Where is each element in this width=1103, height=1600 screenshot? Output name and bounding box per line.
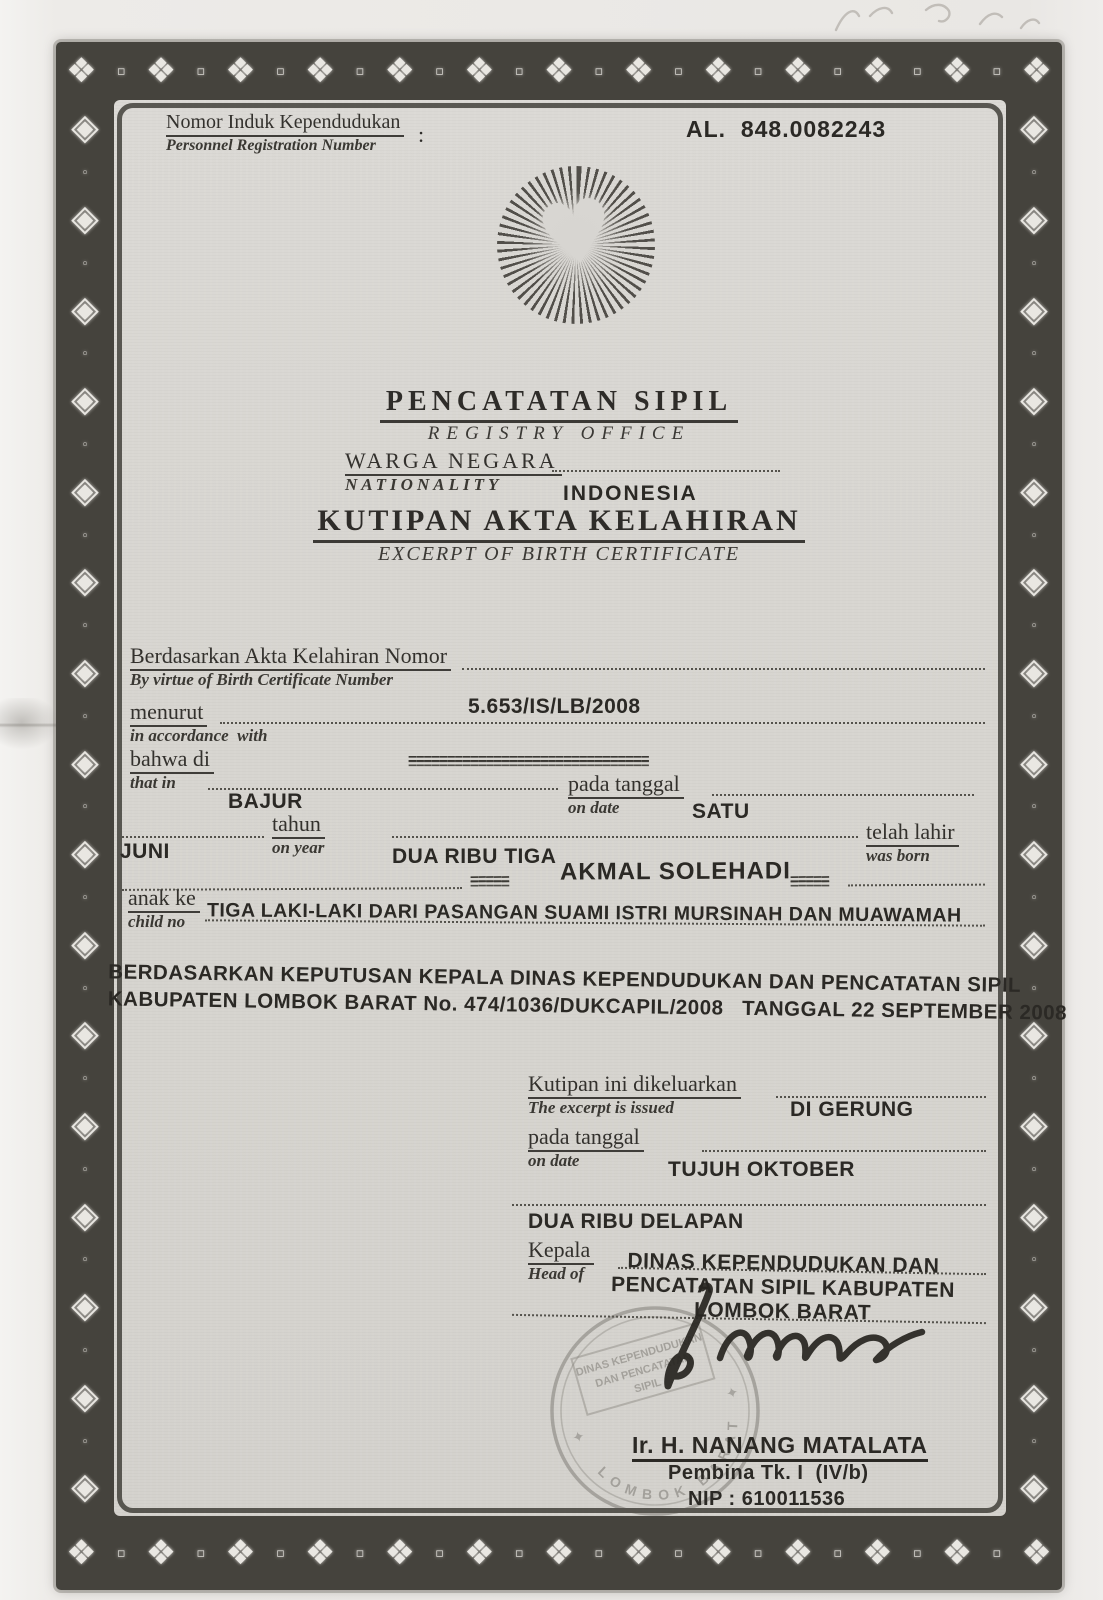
- border-ornament-dot-icon: ◦: [1030, 1254, 1038, 1267]
- border-ornament-icon: ❖: [464, 1536, 494, 1570]
- border-ornament-dot-icon: ▫: [913, 1547, 922, 1560]
- border-ornament-dot-icon: ▫: [674, 1547, 683, 1560]
- signer-nip: NIP : 610011536: [688, 1488, 845, 1511]
- excerpt-title-block: KUTIPAN AKTA KELAHIRAN EXCERPT OF BIRTH …: [114, 504, 1004, 566]
- border-ornament-icon: ◈: [71, 110, 99, 146]
- issue-date-label-en: on date: [528, 1152, 579, 1171]
- border-ornament-dot-icon: ◦: [81, 348, 89, 361]
- border-ornament-icon: ❖: [385, 54, 415, 88]
- bahwa-label-en: that in: [130, 774, 176, 793]
- year-dotted-line: [392, 836, 858, 838]
- border-ornament-dot-icon: ▫: [913, 65, 922, 78]
- border-ornament-icon: ❖: [623, 1536, 653, 1570]
- tanggal-label-block: pada tanggal on date: [568, 772, 684, 818]
- registry-title-en: REGISTRY OFFICE: [428, 423, 690, 444]
- border-ornament-icon: ❖: [1021, 54, 1051, 88]
- certificate-number: 5.653/IS/LB/2008: [468, 695, 641, 719]
- border-ornament-icon: ◈: [71, 1379, 99, 1415]
- name-affix-left: =====: [470, 872, 509, 887]
- border-ornament-dot-icon: ◦: [81, 258, 89, 271]
- border-ornament-dot-icon: ▫: [992, 1547, 1001, 1560]
- border-ornament-dot-icon: ◦: [81, 983, 89, 996]
- border-ornament-dot-icon: ▫: [356, 1547, 365, 1560]
- border-left: ◈◦◈◦◈◦◈◦◈◦◈◦◈◦◈◦◈◦◈◦◈◦◈◦◈◦◈◦◈◦◈: [56, 100, 114, 1516]
- signature: [616, 1282, 926, 1402]
- border-ornament-dot-icon: ◦: [81, 1073, 89, 1086]
- stamp-star-left: ✦: [570, 1427, 587, 1448]
- border-ornament-icon: ◈: [1020, 745, 1048, 781]
- border-ornament-icon: ◈: [71, 745, 99, 781]
- border-ornament-icon: ◈: [1020, 1469, 1048, 1505]
- tahun-label-block: tahun on year: [272, 812, 325, 858]
- border-ornament-icon: ◈: [1020, 382, 1048, 418]
- border-ornament-icon: ◈: [1020, 563, 1048, 599]
- border-ornament-dot-icon: ▫: [754, 1547, 763, 1560]
- tanggal-label-id: pada tanggal: [568, 772, 684, 799]
- border-ornament-dot-icon: ◦: [81, 1164, 89, 1177]
- border-ornament-dot-icon: ◦: [1030, 892, 1038, 905]
- border-ornament-icon: ❖: [385, 1536, 415, 1570]
- issued-label-en: The excerpt is issued: [528, 1099, 674, 1118]
- tanggal-label-en: on date: [568, 799, 619, 818]
- border-ornament-icon: ◈: [71, 382, 99, 418]
- bahwa-label-block: bahwa di that in: [130, 747, 214, 793]
- issued-year-dotted-line: [512, 1204, 986, 1206]
- border-ornament-dot-icon: ◦: [1030, 348, 1038, 361]
- registry-title-id: PENCATATAN SIPIL: [380, 386, 738, 423]
- border-ornament-icon: ❖: [783, 54, 813, 88]
- anak-label-id: anak ke: [128, 886, 200, 913]
- issued-label-id: Kutipan ini dikeluarkan: [528, 1072, 741, 1099]
- border-ornament-icon: ◈: [71, 1469, 99, 1505]
- head-label-id: Kepala: [528, 1238, 594, 1265]
- bahwa-label-id: bahwa di: [130, 747, 214, 774]
- border-ornament-icon: ❖: [146, 1536, 176, 1570]
- border-ornament-dot-icon: ◦: [1030, 167, 1038, 180]
- border-ornament-dot-icon: ◦: [81, 1254, 89, 1267]
- border-ornament-dot-icon: ◦: [81, 1436, 89, 1449]
- border-ornament-dot-icon: ◦: [1030, 439, 1038, 452]
- equals-strikeout-line: ===============================: [408, 752, 649, 767]
- border-ornament-icon: ◈: [1020, 926, 1048, 962]
- border-ornament-icon: ◈: [1020, 1288, 1048, 1324]
- border-ornament-icon: ◈: [71, 1107, 99, 1143]
- border-ornament-dot-icon: ▫: [356, 65, 365, 78]
- head-label-en: Head of: [528, 1265, 584, 1284]
- paper-crease: [0, 698, 62, 752]
- border-ornament-icon: ◈: [1020, 1198, 1048, 1234]
- child-name: AKMAL SOLEHADI: [560, 857, 791, 886]
- menurut-label-en: in accordance with: [130, 727, 267, 746]
- telah-label-block: telah lahir was born: [866, 820, 959, 866]
- border-ornament-dot-icon: ◦: [1030, 1164, 1038, 1177]
- tahun-label-id: tahun: [272, 812, 325, 839]
- akta-label-block: Berdasarkan Akta Kelahiran Nomor By virt…: [130, 644, 451, 690]
- border-ornament-icon: ❖: [225, 54, 255, 88]
- border-ornament-dot-icon: ▫: [276, 1547, 285, 1560]
- border-ornament-dot-icon: ▫: [117, 65, 126, 78]
- nik-label-en: Personnel Registration Number: [166, 137, 376, 155]
- issued-day-month: TUJUH OKTOBER: [668, 1158, 855, 1182]
- issue-date-dotted-line: [702, 1150, 986, 1152]
- border-ornament-icon: ◈: [1020, 654, 1048, 690]
- border-ornament-dot-icon: ▫: [833, 1547, 842, 1560]
- border-ornament-icon: ❖: [862, 1536, 892, 1570]
- border-ornament-icon: ❖: [703, 1536, 733, 1570]
- border-ornament-dot-icon: ◦: [1030, 983, 1038, 996]
- border-ornament-dot-icon: ◦: [81, 1345, 89, 1358]
- border-ornament-icon: ❖: [783, 1536, 813, 1570]
- border-ornament-dot-icon: ▫: [594, 1547, 603, 1560]
- issued-label-block: Kutipan ini dikeluarkan The excerpt is i…: [528, 1072, 741, 1118]
- menurut-dotted-line: [220, 722, 985, 724]
- border-ornament-dot-icon: ▫: [754, 65, 763, 78]
- border-ornament-dot-icon: ▫: [435, 65, 444, 78]
- border-ornament-icon: ◈: [1020, 110, 1048, 146]
- signer-name: Ir. H. NANANG MATALATA: [632, 1432, 928, 1462]
- seal-fade: [497, 166, 655, 324]
- border-ornament-dot-icon: ▫: [276, 65, 285, 78]
- border-ornament-icon: ◈: [71, 292, 99, 328]
- border-ornament-icon: ❖: [544, 1536, 574, 1570]
- border-ornament-icon: ❖: [305, 54, 335, 88]
- nik-label-id: Nomor Induk Kependudukan: [166, 112, 404, 137]
- border-ornament-icon: ❖: [544, 54, 574, 88]
- border-top: ❖▫❖▫❖▫❖▫❖▫❖▫❖▫❖▫❖▫❖▫❖▫❖▫❖: [56, 42, 1062, 100]
- telah-label-en: was born: [866, 847, 930, 866]
- telah-label-id: telah lahir: [866, 820, 959, 847]
- border-ornament-icon: ◈: [1020, 1379, 1048, 1415]
- nationality-label-id: WARGA NEGARA: [345, 449, 562, 476]
- name-affix-right: =====: [790, 872, 829, 887]
- border-ornament-dot-icon: ▫: [515, 1547, 524, 1560]
- border-ornament-icon: ◈: [71, 926, 99, 962]
- border-ornament-icon: ❖: [146, 54, 176, 88]
- month-dotted-line: [122, 836, 264, 838]
- border-ornament-dot-icon: ◦: [81, 711, 89, 724]
- border-ornament-dot-icon: ◦: [1030, 711, 1038, 724]
- nik-colon: :: [418, 122, 424, 148]
- border-ornament-dot-icon: ◦: [1030, 258, 1038, 271]
- border-ornament-dot-icon: ▫: [992, 65, 1001, 78]
- handwriting-mark: [828, 0, 1063, 38]
- birth-day: SATU: [692, 800, 750, 824]
- border-ornament-icon: ❖: [66, 1536, 96, 1570]
- border-ornament-dot-icon: ▫: [196, 65, 205, 78]
- border-right: ◈◦◈◦◈◦◈◦◈◦◈◦◈◦◈◦◈◦◈◦◈◦◈◦◈◦◈◦◈◦◈: [1006, 100, 1062, 1516]
- anak-label-block: anak ke child no: [128, 886, 200, 932]
- border-ornament-icon: ◈: [1020, 473, 1048, 509]
- border-ornament-icon: ❖: [623, 54, 653, 88]
- head-label-block: Kepala Head of: [528, 1238, 594, 1284]
- border-ornament-icon: ◈: [1020, 201, 1048, 237]
- border-ornament-icon: ❖: [942, 54, 972, 88]
- border-ornament-icon: ❖: [225, 1536, 255, 1570]
- border-ornament-icon: ❖: [464, 54, 494, 88]
- border-ornament-dot-icon: ▫: [594, 65, 603, 78]
- border-ornament-icon: ◈: [71, 1288, 99, 1324]
- akta-label-id: Berdasarkan Akta Kelahiran Nomor: [130, 644, 451, 671]
- border-ornament-icon: ❖: [66, 54, 96, 88]
- border-ornament-icon: ◈: [1020, 292, 1048, 328]
- menurut-label-id: menurut: [130, 700, 207, 727]
- border-ornament-icon: ◈: [1020, 1107, 1048, 1143]
- nik-block: Nomor Induk Kependudukan Personnel Regis…: [166, 112, 404, 155]
- border-ornament-icon: ◈: [1020, 835, 1048, 871]
- nationality-dotted-line: [552, 470, 780, 472]
- border-ornament-dot-icon: ◦: [1030, 801, 1038, 814]
- border-ornament-dot-icon: ◦: [81, 892, 89, 905]
- border-ornament-dot-icon: ▫: [674, 65, 683, 78]
- birth-certificate-scan: ❖▫❖▫❖▫❖▫❖▫❖▫❖▫❖▫❖▫❖▫❖▫❖▫❖ ❖▫❖▫❖▫❖▫❖▫❖▫❖▫…: [0, 0, 1103, 1600]
- border-ornament-icon: ❖: [942, 1536, 972, 1570]
- nationality-block: WARGA NEGARA NATIONALITY: [345, 449, 562, 495]
- border-ornament-icon: ❖: [703, 54, 733, 88]
- border-ornament-icon: ◈: [71, 563, 99, 599]
- signer-rank: Pembina Tk. I (IV/b): [668, 1462, 869, 1485]
- border-ornament-dot-icon: ▫: [515, 65, 524, 78]
- border-ornament-dot-icon: ◦: [1030, 620, 1038, 633]
- excerpt-title-id: KUTIPAN AKTA KELAHIRAN: [313, 504, 804, 543]
- border-ornament-dot-icon: ▫: [117, 1547, 126, 1560]
- excerpt-title-en: EXCERPT OF BIRTH CERTIFICATE: [378, 543, 740, 565]
- border-ornament-dot-icon: ◦: [1030, 530, 1038, 543]
- birth-month: JUNI: [120, 840, 170, 864]
- akta-dotted-line: [462, 668, 985, 670]
- border-ornament-icon: ❖: [305, 1536, 335, 1570]
- border-ornament-icon: ◈: [71, 201, 99, 237]
- tahun-label-en: on year: [272, 839, 324, 858]
- border-ornament-dot-icon: ▫: [196, 1547, 205, 1560]
- akta-label-en: By virtue of Birth Certificate Number: [130, 671, 393, 690]
- border-ornament-dot-icon: ◦: [81, 439, 89, 452]
- birth-year: DUA RIBU TIGA: [392, 845, 556, 869]
- border-ornament-dot-icon: ◦: [81, 167, 89, 180]
- serial-number: AL. 848.0082243: [686, 116, 886, 142]
- border-bottom: ❖▫❖▫❖▫❖▫❖▫❖▫❖▫❖▫❖▫❖▫❖▫❖▫❖: [56, 1516, 1062, 1590]
- issued-year: DUA RIBU DELAPAN: [528, 1210, 744, 1234]
- issue-date-label-block: pada tanggal on date: [528, 1125, 644, 1171]
- anak-label-en: child no: [128, 913, 185, 932]
- border-ornament-icon: ❖: [862, 54, 892, 88]
- nationality-label-en: NATIONALITY: [345, 476, 502, 495]
- tanggal-dotted-line: [712, 794, 974, 796]
- border-ornament-dot-icon: ▫: [833, 65, 842, 78]
- border-ornament-dot-icon: ▫: [435, 1547, 444, 1560]
- border-ornament-dot-icon: ◦: [81, 530, 89, 543]
- border-ornament-dot-icon: ◦: [81, 801, 89, 814]
- nationality-value: INDONESIA: [563, 482, 698, 506]
- border-ornament-dot-icon: ◦: [1030, 1345, 1038, 1358]
- border-ornament-dot-icon: ◦: [1030, 1073, 1038, 1086]
- border-ornament-dot-icon: ◦: [1030, 1436, 1038, 1449]
- border-ornament-icon: ◈: [71, 473, 99, 509]
- border-ornament-icon: ◈: [71, 835, 99, 871]
- issue-date-label-id: pada tanggal: [528, 1125, 644, 1152]
- issued-place: DI GERUNG: [790, 1098, 914, 1122]
- border-ornament-icon: ◈: [71, 1198, 99, 1234]
- border-ornament-icon: ◈: [71, 654, 99, 690]
- border-ornament-icon: ◈: [71, 1016, 99, 1052]
- registry-title-block: PENCATATAN SIPIL REGISTRY OFFICE: [114, 386, 1004, 445]
- border-ornament-icon: ❖: [1021, 1536, 1051, 1570]
- border-ornament-dot-icon: ◦: [81, 620, 89, 633]
- emblem-seal-icon: ♥: [497, 166, 655, 324]
